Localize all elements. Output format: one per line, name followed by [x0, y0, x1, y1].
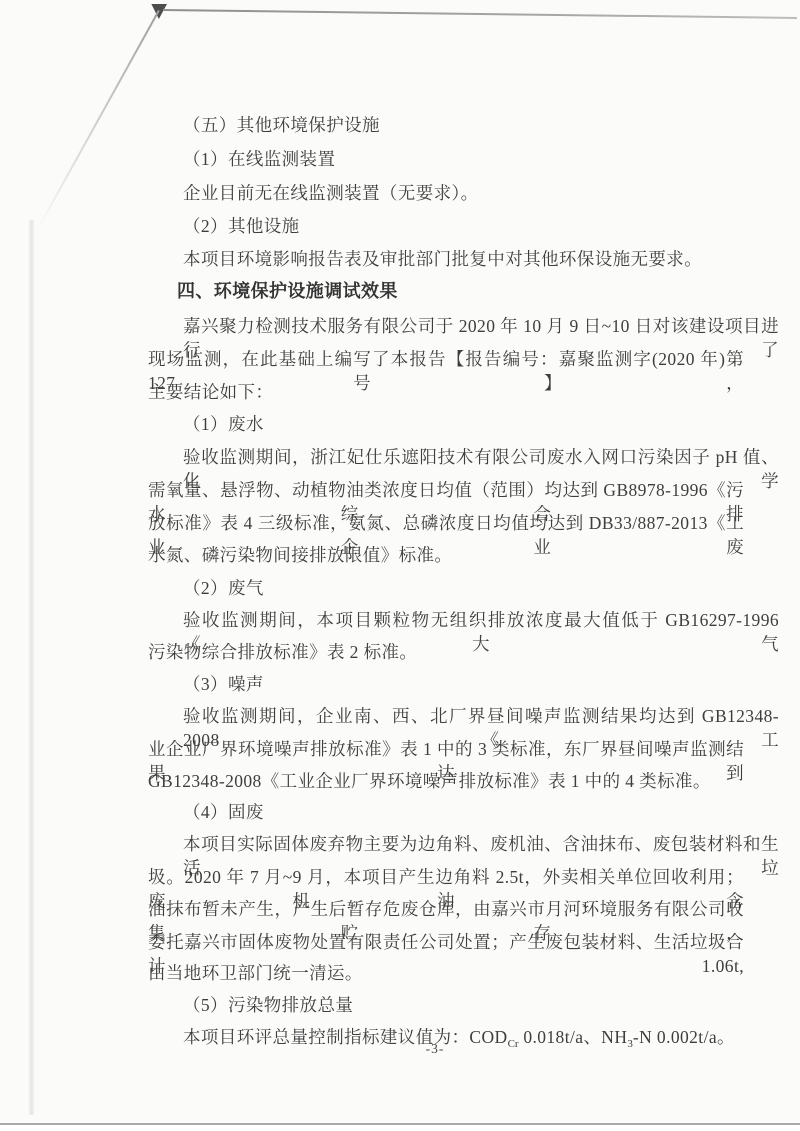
paragraph-line: 水氮、磷污染物间接排放限值》标准。	[148, 543, 744, 567]
paragraph-line: 本项目环境影响报告表及审批部门批复中对其他环保设施无要求。	[148, 247, 779, 271]
item-heading-waste-gas: （2）废气	[148, 576, 779, 600]
page-number: -3-	[0, 1041, 800, 1057]
page-left-edge-line	[37, 10, 160, 230]
paragraph-line: 由当地环卫部门统一清运。	[148, 961, 744, 985]
paragraph-line: 污染物综合排放标准》表 2 标准。	[148, 640, 744, 664]
item-heading-other-facilities: （2）其他设施	[148, 214, 779, 238]
item-heading-wastewater: （1）废水	[148, 412, 779, 436]
paragraph-line: 主要结论如下：	[148, 380, 744, 404]
item-heading-solid-waste: （4）固废	[148, 800, 779, 824]
page-top-edge-line	[163, 9, 797, 19]
item-heading-total-emissions: （5）污染物排放总量	[148, 993, 779, 1017]
item-heading-noise: （3）噪声	[148, 672, 779, 696]
item-heading-online-monitor: （1）在线监测装置	[148, 147, 779, 171]
scanned-document-page: （五）其他环境保护设施 （1）在线监测装置 企业目前无在线监测装置（无要求）。 …	[0, 0, 800, 1131]
chapter-heading: 四、环境保护设施调试效果	[148, 279, 773, 303]
subsection-heading-5: （五）其他环境保护设施	[148, 113, 779, 137]
scan-bottom-margin	[0, 1125, 800, 1131]
page-left-edge-shadow	[28, 220, 35, 1115]
paragraph-line: 企业目前无在线监测装置（无要求）。	[148, 181, 779, 205]
paragraph-line: GB12348-2008《工业企业厂界环境噪声排放标准》表 1 中的 4 类标准…	[148, 769, 744, 793]
